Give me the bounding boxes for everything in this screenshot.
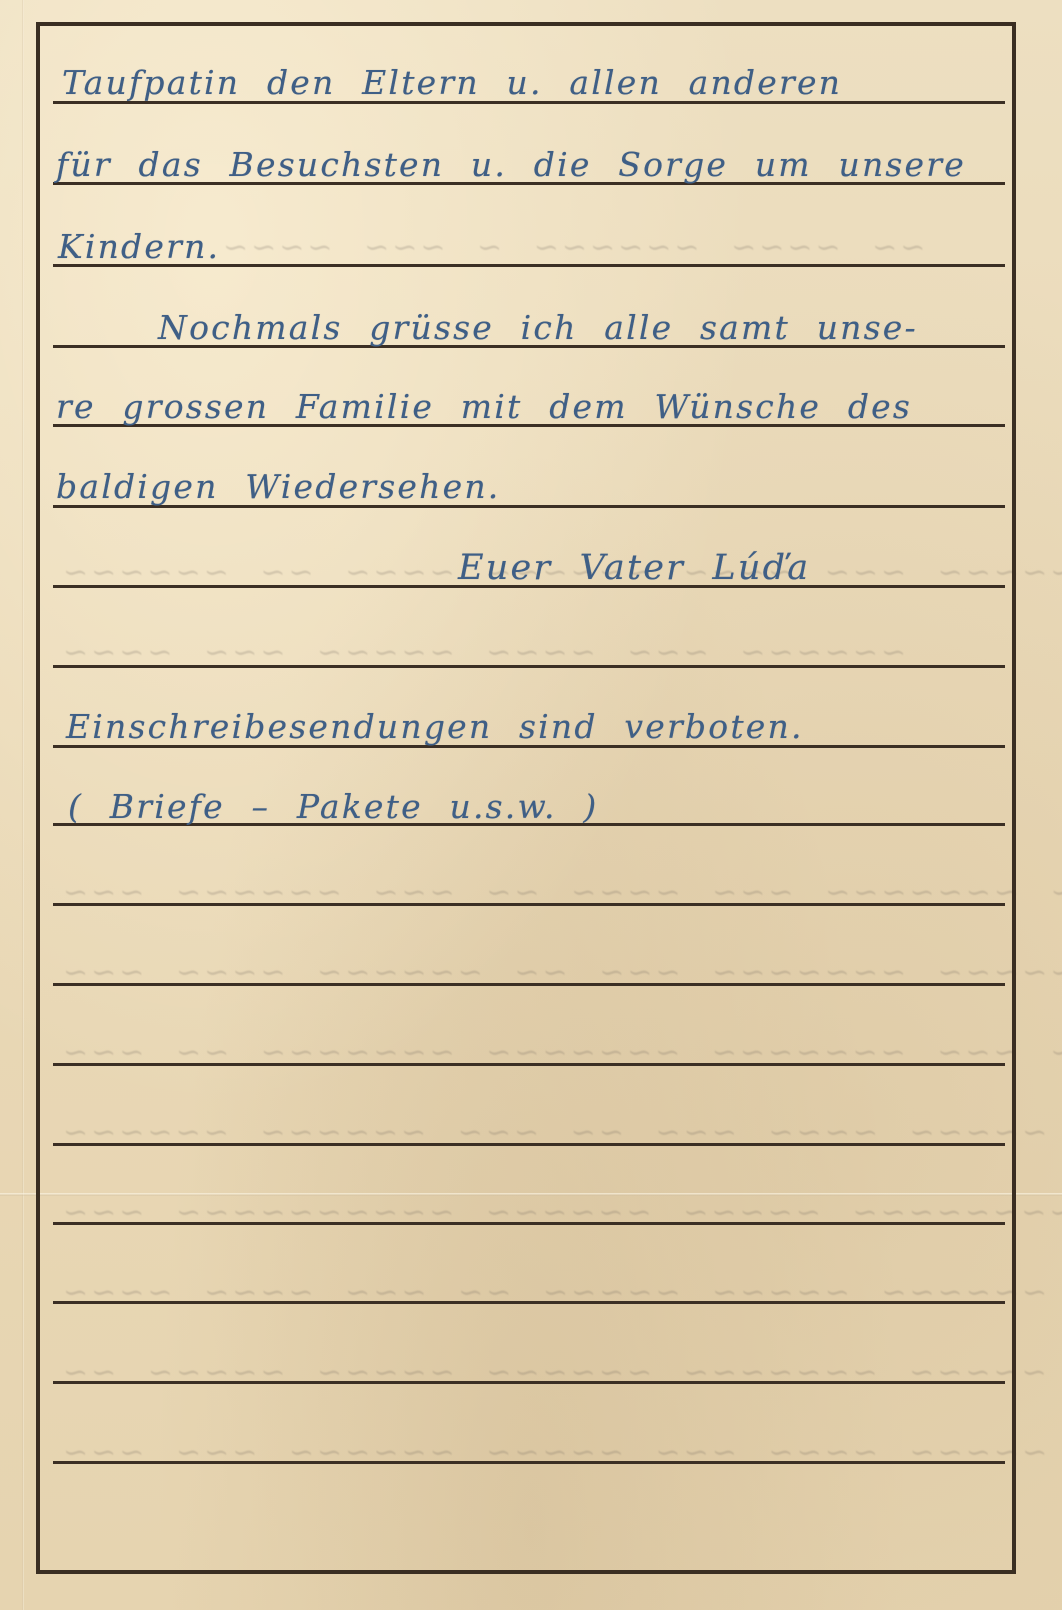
signature: Euer Vater Lúďa <box>458 551 810 586</box>
ruled-line <box>53 1461 1005 1464</box>
ruled-line <box>53 903 1005 906</box>
notice-detail: ( Briefe – Pakete u.s.w. ) <box>68 790 598 823</box>
handwritten-line-3: Kindern. <box>58 230 220 263</box>
ruled-line <box>53 983 1005 986</box>
notice-text: Einschreibesendungen sind verboten. <box>66 710 804 743</box>
ruled-line <box>53 665 1005 668</box>
ruled-line <box>53 1063 1005 1066</box>
handwritten-line-6: baldigen Wiedersehen. <box>56 470 500 503</box>
letter-page: { "document": { "type": "handwritten let… <box>0 0 1062 1610</box>
ruled-line <box>53 1381 1005 1384</box>
handwritten-line-2: für das Besuchsten u. die Sorge um unser… <box>56 148 966 181</box>
handwritten-line-5: re grossen Familie mit dem Wünsche des <box>56 390 912 423</box>
ruled-line <box>53 1222 1005 1225</box>
handwritten-line-1: Taufpatin den Eltern u. allen anderen <box>62 66 842 99</box>
ruled-line <box>53 1143 1005 1146</box>
ruled-line <box>53 1301 1005 1304</box>
vertical-fold-crease <box>22 0 24 1610</box>
handwritten-line-4: Nochmals grüsse ich alle samt unse- <box>158 311 918 344</box>
